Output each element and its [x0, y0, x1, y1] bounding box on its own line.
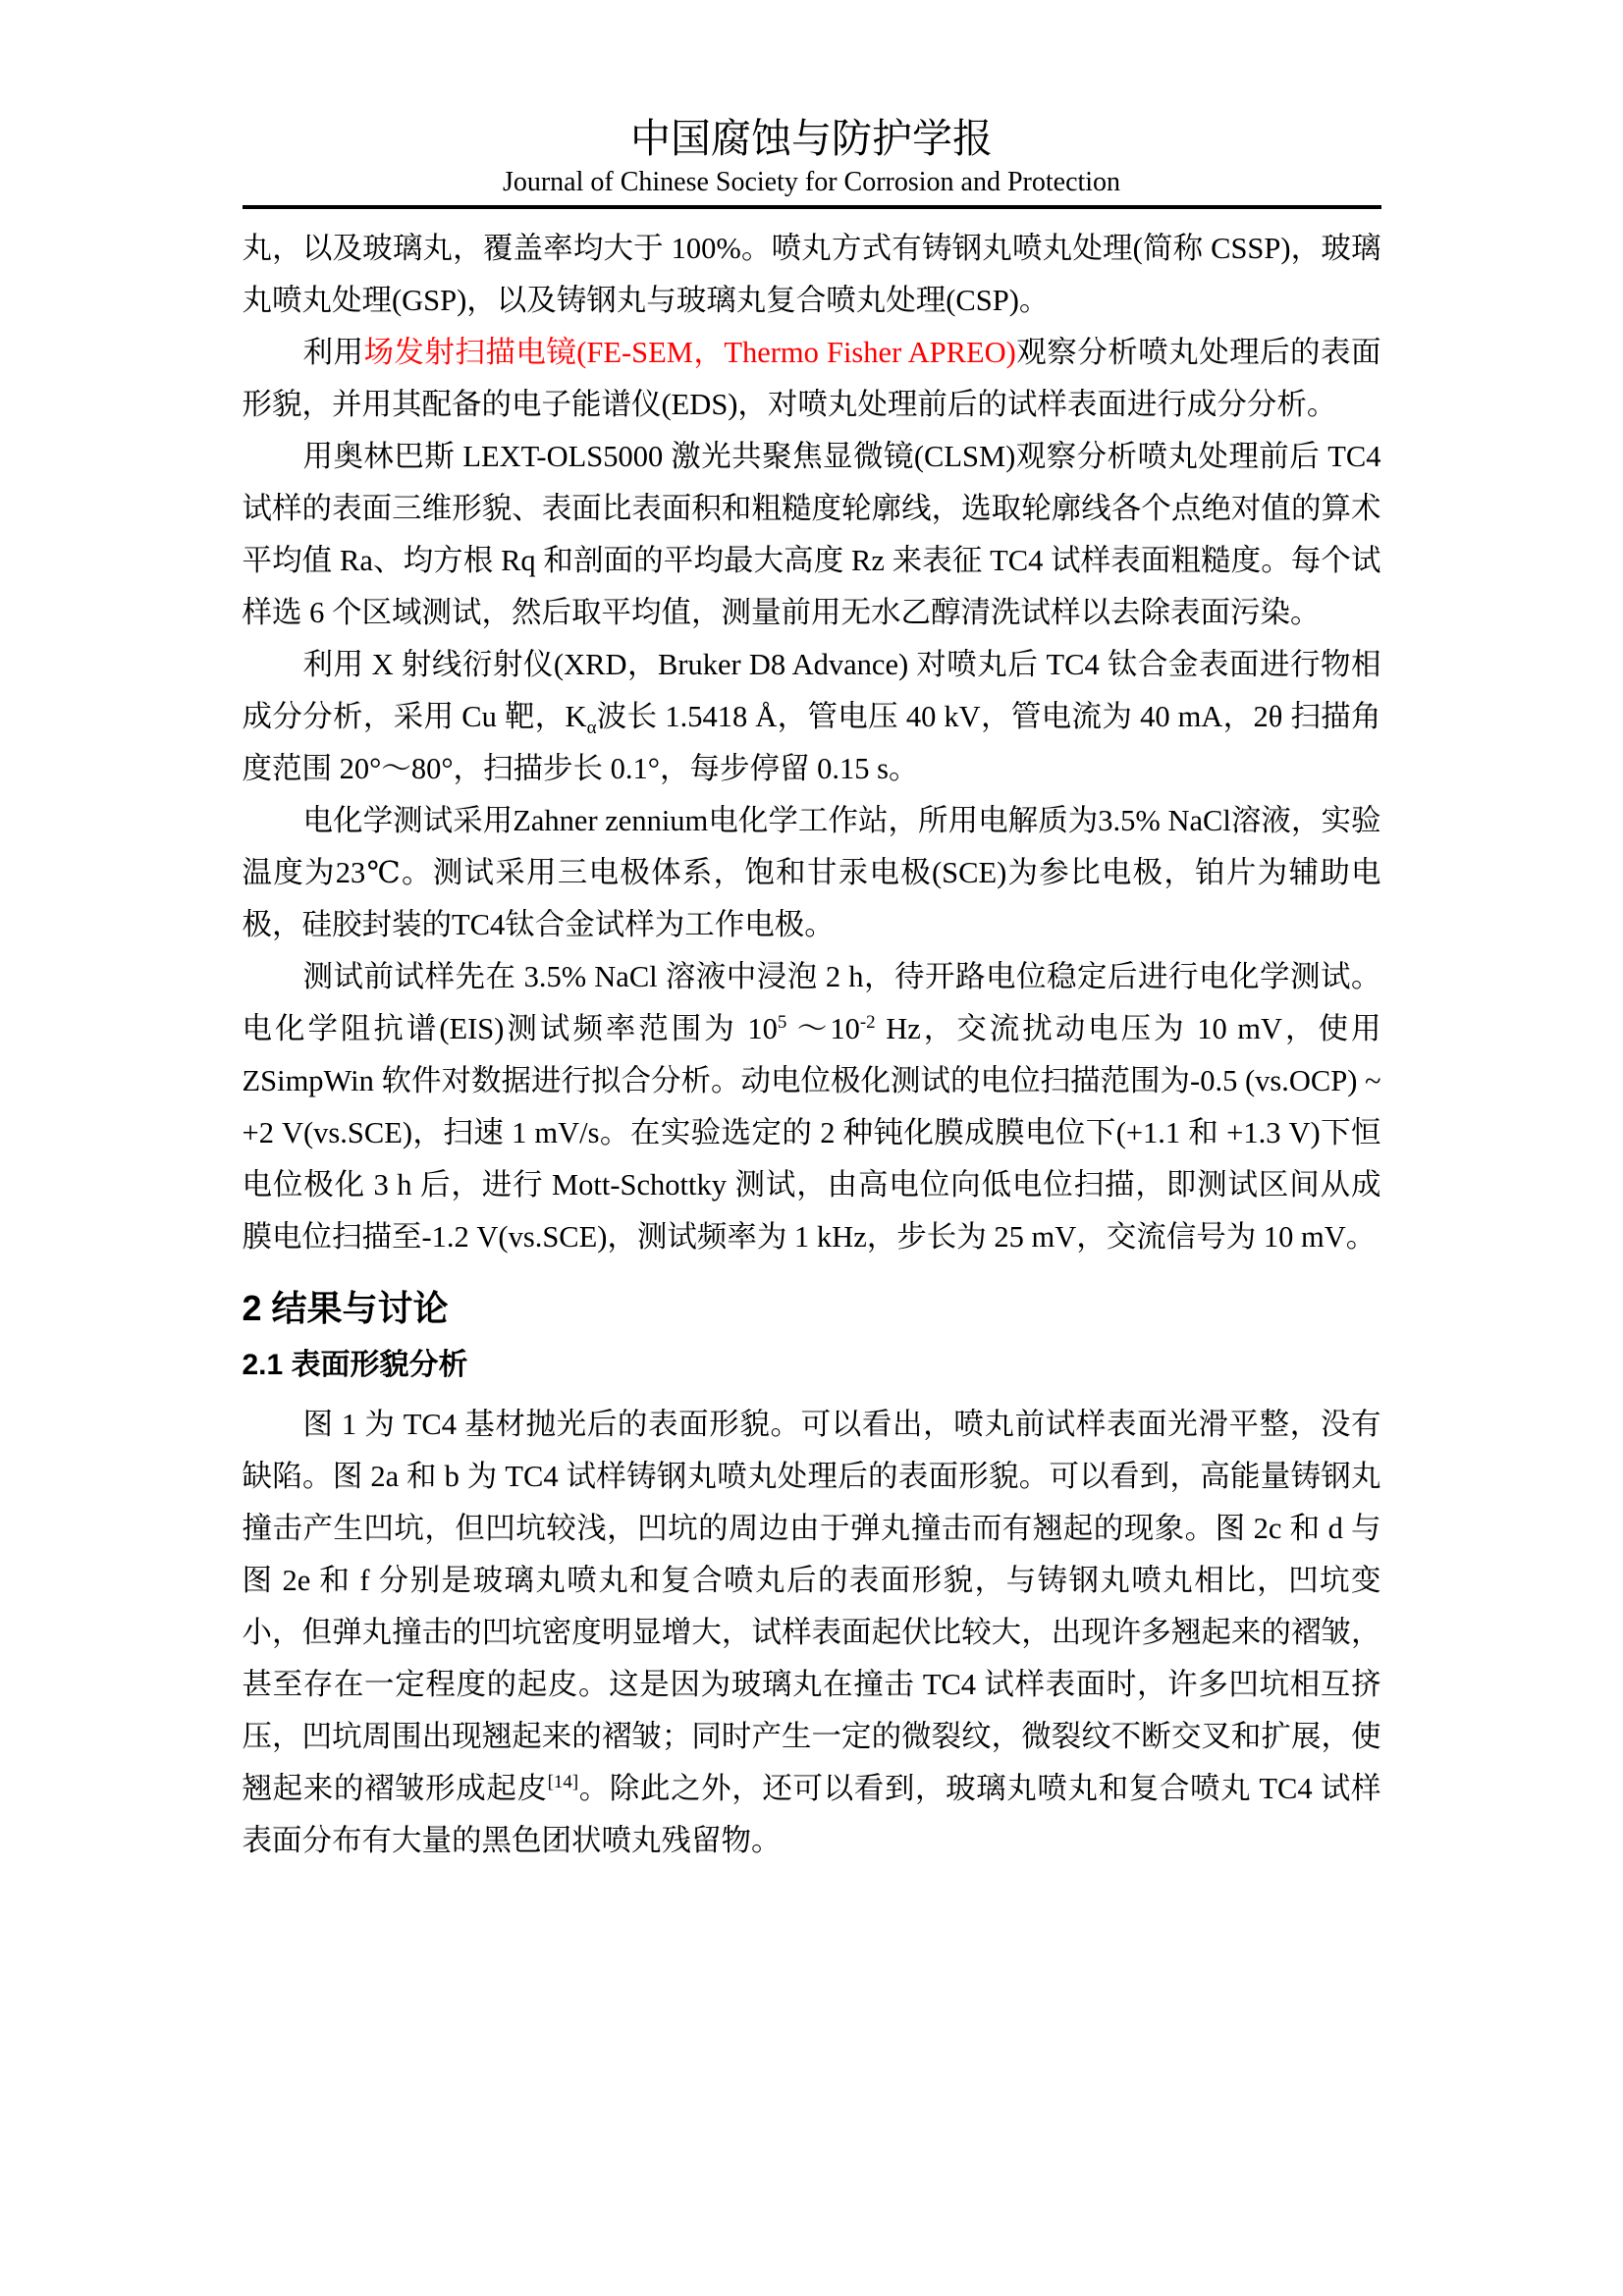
paragraph-text: 用奥林巴斯 LEXT-OLS5000 激光共聚焦显微镜(CLSM)观察分析喷丸处… [243, 440, 1381, 629]
document-body: 丸，以及玻璃丸，覆盖率均大于 100%。喷丸方式有铸钢丸喷丸处理(简称 CSSP… [243, 223, 1381, 1867]
paragraph-text: 电化学测试采用Zahner zennium电化学工作站，所用电解质为3.5% N… [243, 804, 1381, 941]
journal-title-chinese: 中国腐蚀与防护学报 [243, 114, 1381, 163]
paragraph-morphology: 图 1 为 TC4 基材抛光后的表面形貌。可以看出，喷丸前试样表面光滑平整，没有… [243, 1399, 1381, 1867]
subsection-heading-morphology: 2.1 表面形貌分析 [243, 1344, 1381, 1387]
paragraph-fesem: 利用场发射扫描电镜(FE-SEM，Thermo Fisher APREO)观察分… [243, 327, 1381, 431]
paragraph-text: 丸，以及玻璃丸，覆盖率均大于 100%。喷丸方式有铸钢丸喷丸处理(简称 CSSP… [243, 232, 1381, 317]
fesem-highlighted-text: 场发射扫描电镜(FE-SEM，Thermo Fisher APREO) [363, 336, 1015, 369]
section-heading-results: 2 结果与讨论 [243, 1285, 1381, 1332]
paragraph-text: 利用 [303, 336, 364, 369]
journal-header: 中国腐蚀与防护学报 Journal of Chinese Society for… [243, 0, 1381, 209]
header-divider [243, 205, 1381, 209]
paragraph-eis: 测试前试样先在 3.5% NaCl 溶液中浸泡 2 h，待开路电位稳定后进行电化… [243, 951, 1381, 1263]
paragraph-text: Hz，交流扰动电压为 10 mV，使用 ZSimpWin 软件对数据进行拟合分析… [243, 1012, 1381, 1254]
page-content: 中国腐蚀与防护学报 Journal of Chinese Society for… [243, 0, 1381, 1867]
document-page: 中国腐蚀与防护学报 Journal of Chinese Society for… [0, 0, 1623, 2296]
paragraph-text: 图 1 为 TC4 基材抛光后的表面形貌。可以看出，喷丸前试样表面光滑平整，没有… [243, 1408, 1381, 1805]
subscript-alpha: α [587, 718, 597, 738]
citation-reference-14: [14] [548, 1772, 579, 1792]
paragraph-text: ～10 [786, 1012, 860, 1045]
paragraph-shot-coverage: 丸，以及玻璃丸，覆盖率均大于 100%。喷丸方式有铸钢丸喷丸处理(简称 CSSP… [243, 223, 1381, 327]
superscript-exponent-minus-2: -2 [860, 1012, 876, 1033]
paragraph-electrochem: 电化学测试采用Zahner zennium电化学工作站，所用电解质为3.5% N… [243, 795, 1381, 951]
superscript-exponent-5: 5 [778, 1012, 786, 1033]
journal-title-english: Journal of Chinese Society for Corrosion… [243, 167, 1381, 198]
paragraph-xrd: 利用 X 射线衍射仪(XRD，Bruker D8 Advance) 对喷丸后 T… [243, 639, 1381, 795]
paragraph-clsm: 用奥林巴斯 LEXT-OLS5000 激光共聚焦显微镜(CLSM)观察分析喷丸处… [243, 431, 1381, 639]
